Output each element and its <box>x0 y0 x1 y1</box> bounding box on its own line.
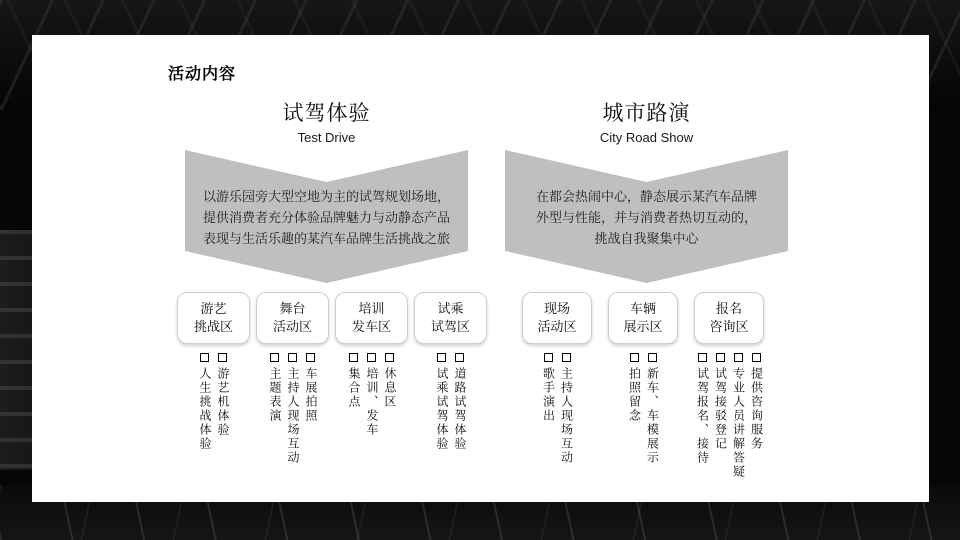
zone-vehicle-display: 车辆 展示区 新车、车模展示 拍照留念 <box>608 292 678 479</box>
zone-item-text: 人生挑战体验 <box>198 367 211 451</box>
zone-item: 拍照留念 <box>628 353 641 465</box>
zone-item-text: 专业人员讲解答疑 <box>732 367 745 479</box>
zone-label: 游艺 <box>180 300 247 318</box>
zone-item-text: 道路试驾体验 <box>453 367 466 451</box>
zone-items: 游艺机体验 人生挑战体验 <box>198 353 229 451</box>
zone-group-city-road-show: 现场 活动区 主持人现场互动 歌手演出 车辆 展示 <box>522 292 764 479</box>
chevron-banner-city-road-show: 在都会热闹中心，静态展示某汽车品牌 外型与性能，并与消费者热切互动的， 挑战自我… <box>505 150 788 283</box>
zone-label: 活动区 <box>525 318 589 336</box>
zone-item: 道路试驾体验 <box>453 353 466 451</box>
square-bullet-icon <box>306 353 315 362</box>
page-title: 活动内容 <box>168 61 236 84</box>
zone-item-text: 提供咨询服务 <box>750 367 763 451</box>
zone-label: 现场 <box>525 300 589 318</box>
zone-label: 培训 <box>338 300 405 318</box>
zone-item-text: 游艺机体验 <box>216 367 229 437</box>
zone-label: 活动区 <box>259 318 326 336</box>
zone-item-text: 新车、车模展示 <box>646 367 659 465</box>
zone-item: 主持人现场互动 <box>286 353 299 465</box>
zone-item-text: 车展拍照 <box>304 367 317 423</box>
zone-label: 报名 <box>697 300 761 318</box>
zone-item: 歌手演出 <box>542 353 555 465</box>
zone-label: 舞台 <box>259 300 326 318</box>
description-line: 挑战自我聚集中心 <box>505 228 788 249</box>
zone-item: 试驾报名、接待 <box>696 353 709 479</box>
square-bullet-icon <box>648 353 657 362</box>
zone-item-text: 歌手演出 <box>542 367 555 423</box>
zone-item: 主持人现场互动 <box>560 353 573 465</box>
zone-items: 道路试驾体验 试乘试驾体验 <box>435 353 466 451</box>
chevron-description: 以游乐园旁大型空地为主的试驾规划场地， 提供消费者充分体验品牌魅力与动静态产品 … <box>185 186 468 249</box>
zone-item: 休息区 <box>383 353 396 437</box>
square-bullet-icon <box>734 353 743 362</box>
square-bullet-icon <box>288 353 297 362</box>
square-bullet-icon <box>562 353 571 362</box>
column-subtitle: Test Drive <box>185 130 468 145</box>
square-bullet-icon <box>698 353 707 362</box>
zone-registration-consulting: 报名 咨询区 提供咨询服务 专业人员讲解答疑 试驾接驳登记 <box>694 292 764 479</box>
zone-box: 试乘 试驾区 <box>414 292 487 344</box>
square-bullet-icon <box>349 353 358 362</box>
zone-training-departure: 培训 发车区 休息区 培训、发车 集合点 <box>335 292 408 465</box>
zone-item-text: 试乘试驾体验 <box>435 367 448 451</box>
square-bullet-icon <box>630 353 639 362</box>
square-bullet-icon <box>752 353 761 362</box>
zone-item: 试驾接驳登记 <box>714 353 727 479</box>
column-header-test-drive: 试驾体验 Test Drive <box>185 97 468 145</box>
zone-item-text: 试驾接驳登记 <box>714 367 727 451</box>
square-bullet-icon <box>455 353 464 362</box>
zone-live-activity: 现场 活动区 主持人现场互动 歌手演出 <box>522 292 592 479</box>
zone-item-text: 主持人现场互动 <box>286 367 299 465</box>
zone-amusement-challenge: 游艺 挑战区 游艺机体验 人生挑战体验 <box>177 292 250 465</box>
zone-items: 主持人现场互动 歌手演出 <box>542 353 573 465</box>
zone-label: 试驾区 <box>417 318 484 336</box>
zone-item: 提供咨询服务 <box>750 353 763 479</box>
zone-box: 报名 咨询区 <box>694 292 764 344</box>
column-subtitle: City Road Show <box>505 130 788 145</box>
zone-item: 人生挑战体验 <box>198 353 211 451</box>
zone-box: 舞台 活动区 <box>256 292 329 344</box>
presentation-slide: 活动内容 试驾体验 Test Drive 以游乐园旁大型空地为主的试驾规划场地，… <box>0 0 960 540</box>
square-bullet-icon <box>385 353 394 362</box>
zone-item: 试乘试驾体验 <box>435 353 448 451</box>
zone-item: 新车、车模展示 <box>646 353 659 465</box>
zone-item: 主题表演 <box>268 353 281 465</box>
zone-items: 休息区 培训、发车 集合点 <box>347 353 396 437</box>
zone-item-text: 试驾报名、接待 <box>696 367 709 465</box>
description-line: 以游乐园旁大型空地为主的试驾规划场地， <box>185 186 468 207</box>
square-bullet-icon <box>437 353 446 362</box>
description-line: 在都会热闹中心，静态展示某汽车品牌 <box>505 186 788 207</box>
square-bullet-icon <box>218 353 227 362</box>
zone-label: 试乘 <box>417 300 484 318</box>
zone-box: 游艺 挑战区 <box>177 292 250 344</box>
zone-item-text: 主持人现场互动 <box>560 367 573 465</box>
square-bullet-icon <box>544 353 553 362</box>
zone-group-test-drive: 游艺 挑战区 游艺机体验 人生挑战体验 舞台 活动 <box>177 292 487 465</box>
square-bullet-icon <box>270 353 279 362</box>
zone-item-text: 拍照留念 <box>628 367 641 423</box>
zone-label: 车辆 <box>611 300 675 318</box>
zone-item: 专业人员讲解答疑 <box>732 353 745 479</box>
zone-box: 车辆 展示区 <box>608 292 678 344</box>
zone-item-text: 培训、发车 <box>365 367 378 437</box>
zone-item-text: 休息区 <box>383 367 396 409</box>
zone-item: 集合点 <box>347 353 360 437</box>
zone-items: 车展拍照 主持人现场互动 主题表演 <box>268 353 317 465</box>
description-line: 外型与性能，并与消费者热切互动的， <box>505 207 788 228</box>
column-title: 试驾体验 <box>185 97 468 127</box>
zone-item-text: 集合点 <box>347 367 360 409</box>
column-title: 城市路演 <box>505 97 788 127</box>
zone-item-text: 主题表演 <box>268 367 281 423</box>
zone-items: 提供咨询服务 专业人员讲解答疑 试驾接驳登记 试驾报名、接待 <box>696 353 763 479</box>
content-card: 活动内容 试驾体验 Test Drive 以游乐园旁大型空地为主的试驾规划场地，… <box>32 35 929 502</box>
square-bullet-icon <box>367 353 376 362</box>
zone-items: 新车、车模展示 拍照留念 <box>628 353 659 465</box>
zone-box: 培训 发车区 <box>335 292 408 344</box>
column-header-city-road-show: 城市路演 City Road Show <box>505 97 788 145</box>
zone-stage-activity: 舞台 活动区 车展拍照 主持人现场互动 主题表演 <box>256 292 329 465</box>
zone-test-ride-drive: 试乘 试驾区 道路试驾体验 试乘试驾体验 <box>414 292 487 465</box>
zone-label: 展示区 <box>611 318 675 336</box>
zone-label: 发车区 <box>338 318 405 336</box>
zone-item: 培训、发车 <box>365 353 378 437</box>
square-bullet-icon <box>200 353 209 362</box>
zone-label: 咨询区 <box>697 318 761 336</box>
zone-box: 现场 活动区 <box>522 292 592 344</box>
zone-item: 车展拍照 <box>304 353 317 465</box>
square-bullet-icon <box>716 353 725 362</box>
chevron-banner-test-drive: 以游乐园旁大型空地为主的试驾规划场地， 提供消费者充分体验品牌魅力与动静态产品 … <box>185 150 468 283</box>
chevron-description: 在都会热闹中心，静态展示某汽车品牌 外型与性能，并与消费者热切互动的， 挑战自我… <box>505 186 788 249</box>
zone-label: 挑战区 <box>180 318 247 336</box>
description-line: 提供消费者充分体验品牌魅力与动静态产品 <box>185 207 468 228</box>
zone-item: 游艺机体验 <box>216 353 229 451</box>
description-line: 表现与生活乐趣的某汽车品牌生活挑战之旅 <box>185 228 468 249</box>
